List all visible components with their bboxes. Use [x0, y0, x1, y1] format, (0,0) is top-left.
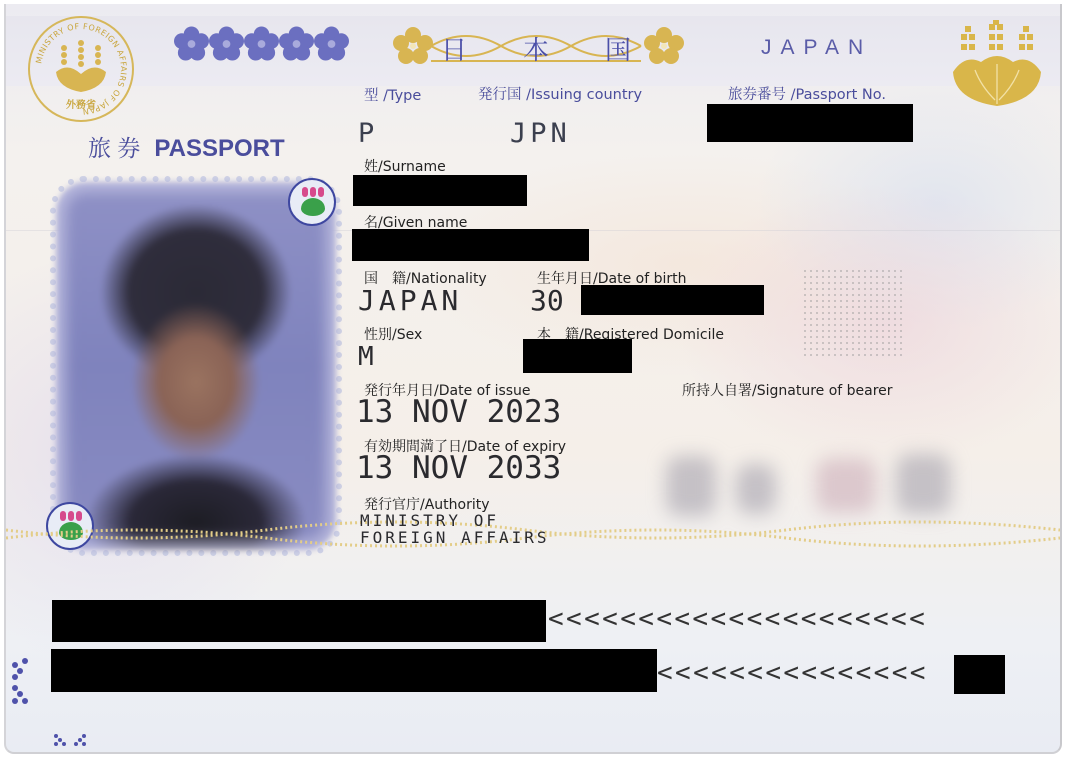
type-label: 型 /Type: [364, 84, 421, 105]
sakura-icon: [174, 26, 209, 62]
country-banner: 日 本 国: [391, 21, 686, 71]
date-of-birth-redacted: [581, 285, 764, 315]
kanji-char: 本: [523, 30, 549, 67]
mrz-line2-redacted: [51, 649, 657, 692]
authority-line-1: MINISTRY OF: [360, 512, 550, 529]
signature-label: 所持人自署/Signature of bearer: [682, 380, 893, 400]
date-of-issue-value: 13 NOV 2023: [356, 394, 561, 430]
surname-label: 姓/Surname: [364, 156, 446, 176]
passport-no-label: 旅券番号 /Passport No.: [728, 83, 886, 104]
mrz-line2-filler: <<<<<<<<<<<<<<<: [657, 658, 928, 688]
issuing-country-label: 発行国 /Issuing country: [478, 83, 642, 104]
sakura-icon: [209, 26, 244, 62]
mrz-line1-redacted: [52, 600, 546, 642]
country-name-en: JAPAN: [761, 36, 872, 60]
paulownia-emblem-icon: [951, 20, 1043, 108]
tactile-dots-left-icon: [8, 658, 28, 704]
sakura-icon: [244, 26, 279, 62]
country-name-kanji: 日 本 国: [441, 30, 631, 67]
passport-no-redacted: [707, 104, 913, 142]
type-value: P: [358, 118, 374, 149]
authority-line-2: FOREIGN AFFAIRS: [360, 529, 550, 546]
sakura-pattern: [174, 26, 349, 62]
authority-value: MINISTRY OF FOREIGN AFFAIRS: [360, 512, 550, 546]
paulownia-crest-icon: [52, 38, 110, 94]
seal-kanji: 外務省: [30, 96, 132, 111]
registered-domicile-redacted: [523, 339, 632, 373]
mrz-line2-tail-redacted: [954, 655, 1005, 694]
ministry-seal: MINISTRY OF FOREIGN AFFAIRS OF JAPAN 外務省: [28, 16, 134, 122]
kanji-char: 日: [441, 30, 467, 67]
emboss-stamp-icon: [288, 178, 336, 226]
issuing-country-value: JPN: [510, 118, 571, 149]
document-title-kanji: 旅 券: [88, 135, 140, 161]
sex-label: 性別/Sex: [364, 324, 422, 344]
sex-value: M: [358, 342, 374, 372]
date-of-expiry-value: 13 NOV 2033: [356, 450, 561, 486]
tactile-dots-bottom-icon: [50, 734, 90, 748]
nationality-value: JAPAN: [358, 284, 462, 317]
sakura-icon: [279, 26, 314, 62]
security-dots-pattern: [802, 268, 902, 358]
bearer-photo: [56, 182, 336, 550]
signature-blurred: [646, 444, 976, 524]
passport-data-page: MINISTRY OF FOREIGN AFFAIRS OF JAPAN 外務省: [4, 4, 1062, 754]
date-of-birth-day: 30: [530, 284, 564, 317]
kanji-char: 国: [605, 30, 631, 67]
sakura-icon: [314, 26, 349, 62]
document-title: 旅 券PASSPORT: [88, 130, 285, 163]
given-name-redacted: [352, 229, 589, 261]
surname-redacted: [353, 175, 527, 206]
mrz-line1-filler: <<<<<<<<<<<<<<<<<<<<<: [548, 604, 927, 634]
document-title-en: PASSPORT: [154, 135, 284, 162]
